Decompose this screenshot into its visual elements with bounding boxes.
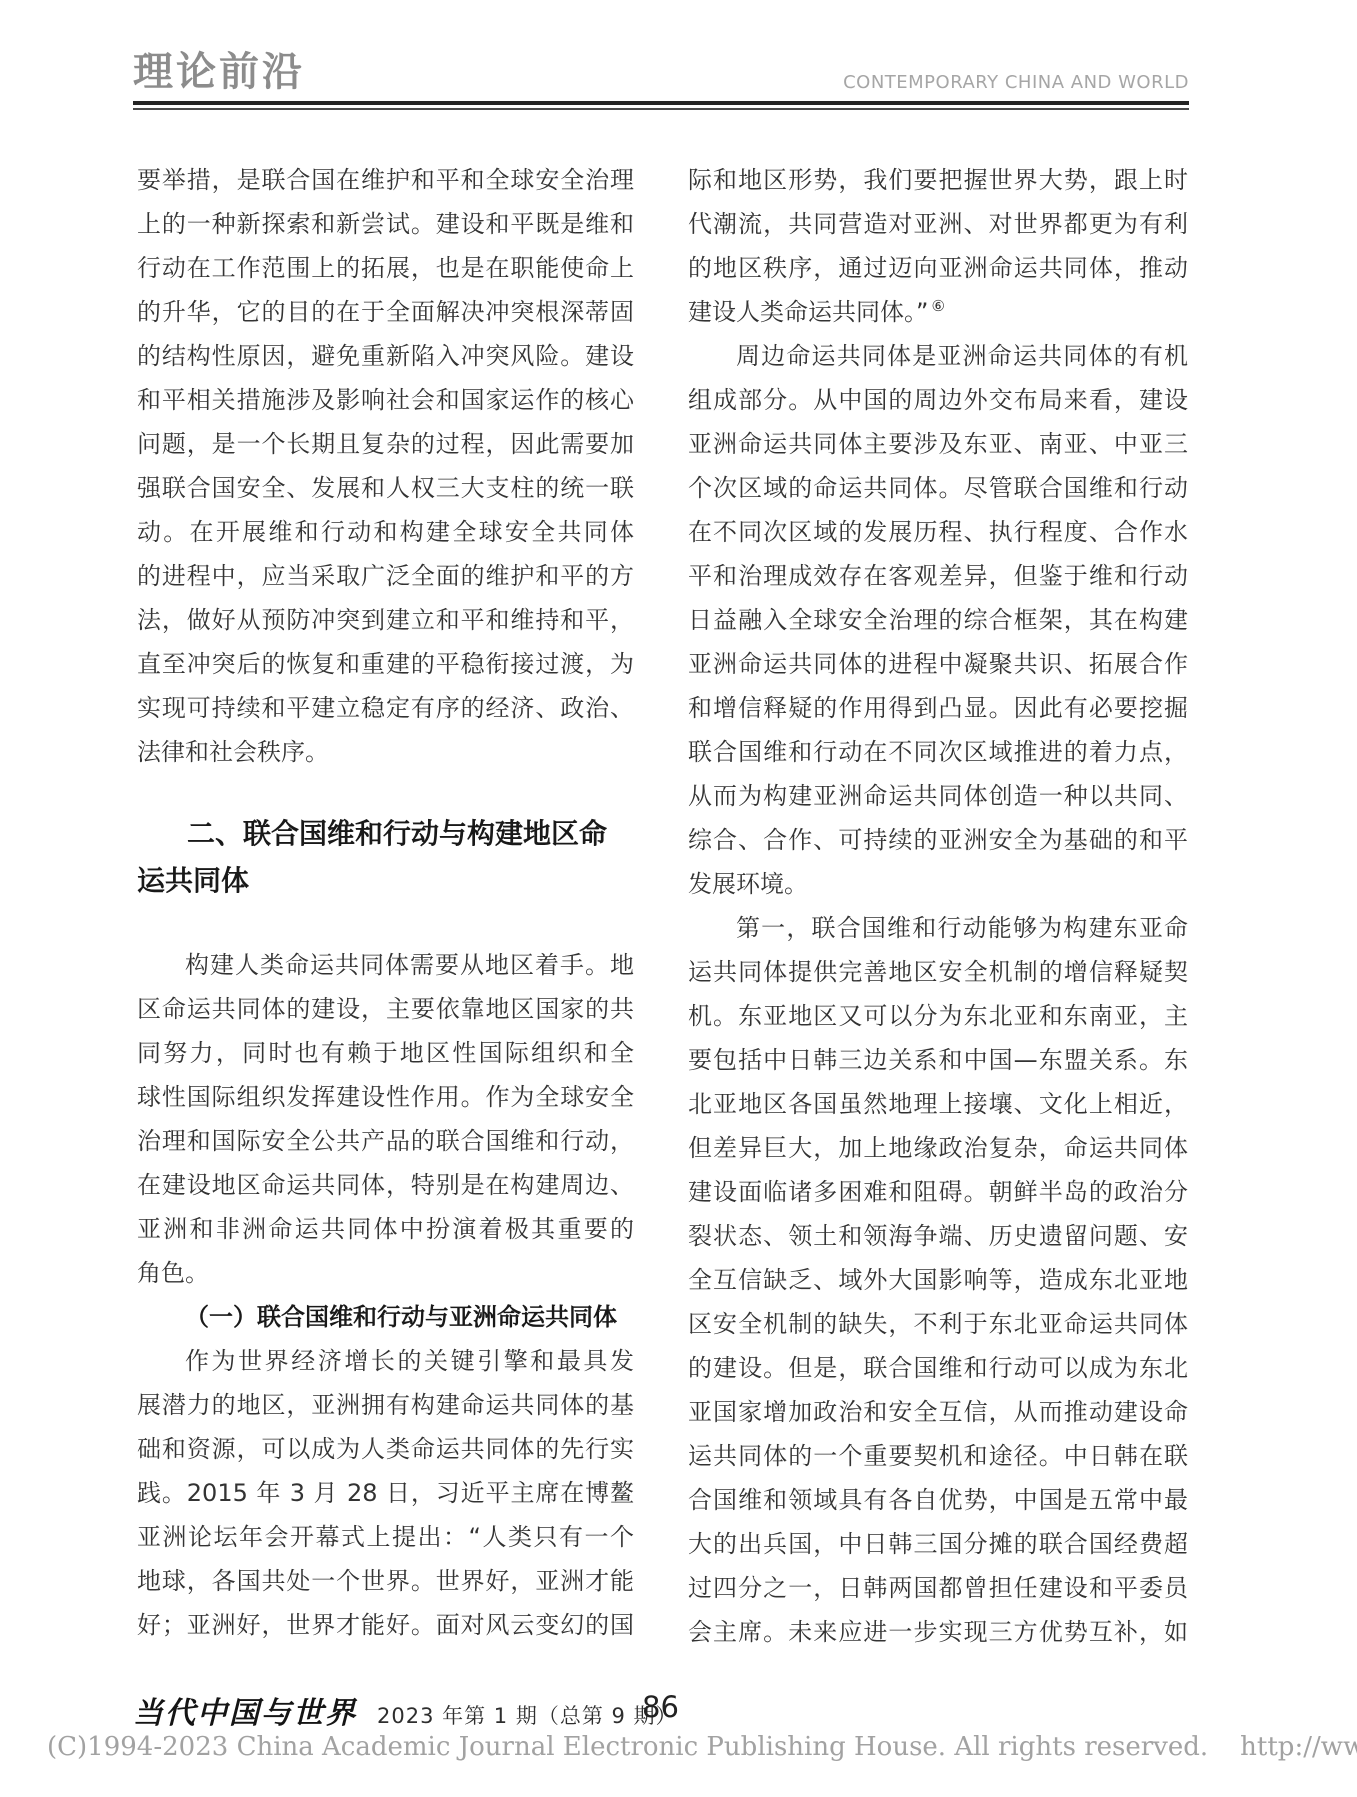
website-url: http://www.cnki.net: [1240, 1732, 1357, 1762]
text-line: 践。2015 年 3 月 28 日，习近平主席在博鳌: [137, 1471, 634, 1515]
copyright-notice: (C)1994-2023 China Academic Journal Elec…: [47, 1732, 1208, 1762]
text-line: 裂状态、领土和领海争端、历史遗留问题、安: [688, 1214, 1188, 1258]
text-line: 亚国家增加政治和安全互信，从而推动建设命: [688, 1390, 1188, 1434]
text-line: 动。在开展维和行动和构建全球安全共同体: [137, 510, 634, 554]
text-line: 问题，是一个长期且复杂的过程，因此需要加: [137, 422, 634, 466]
text-line: 合国维和领域具有各自优势，中国是五常中最: [688, 1478, 1188, 1522]
text-line: 构建人类命运共同体需要从地区着手。地: [137, 943, 634, 987]
footnote-ref: ⑥: [931, 297, 944, 315]
text-line: 联合国维和行动在不同次区域推进的着力点，: [688, 730, 1188, 774]
text-line: 运共同体提供完善地区安全机制的增信释疑契: [688, 950, 1188, 994]
text-line: 但差异巨大，加上地缘政治复杂，命运共同体: [688, 1126, 1188, 1170]
text-line: 建设面临诸多困难和阻碍。朝鲜半岛的政治分: [688, 1170, 1188, 1214]
text-line: 治理和国际安全公共产品的联合国维和行动，: [137, 1119, 634, 1163]
right-column: 际和地区形势，我们要把握世界大势，跟上时 代潮流，共同营造对亚洲、对世界都更为有…: [688, 158, 1188, 1654]
text-line: 的建设。但是，联合国维和行动可以成为东北: [688, 1346, 1188, 1390]
text-line: 大的出兵国，中日韩三国分摊的联合国经费超: [688, 1522, 1188, 1566]
text-line: 法，做好从预防冲突到建立和平和维持和平，: [137, 598, 634, 642]
text-line: 球性国际组织发挥建设性作用。作为全球安全: [137, 1075, 634, 1119]
text-line: 建设人类命运共同体。”⑥: [688, 290, 1188, 334]
text-line: 综合、合作、可持续的亚洲安全为基础的和平: [688, 818, 1188, 862]
text-line: 和增信释疑的作用得到凸显。因此有必要挖掘: [688, 686, 1188, 730]
copyright-line: (C)1994-2023 China Academic Journal Elec…: [47, 1732, 1357, 1762]
journal-page: 理论前沿 CONTEMPORARY CHINA AND WORLD 要举措，是联…: [0, 0, 1357, 1797]
text-line: 直至冲突后的恢复和重建的平稳衔接过渡，为: [137, 642, 634, 686]
page-number: 86: [0, 1690, 1321, 1724]
text-line: 亚洲和非洲命运共同体中扮演着极其重要的: [137, 1207, 634, 1251]
page-header: 理论前沿 CONTEMPORARY CHINA AND WORLD: [133, 52, 1189, 110]
text-line: 全互信缺乏、域外大国影响等，造成东北亚地: [688, 1258, 1188, 1302]
header-rule-thin: [133, 108, 1189, 110]
text-line: 的地区秩序，通过迈向亚洲命运共同体，推动: [688, 246, 1188, 290]
text-line: 运共同体的一个重要契机和途径。中日韩在联: [688, 1434, 1188, 1478]
text-line: 发展环境。: [688, 862, 1188, 906]
text-line: 过四分之一，日韩两国都曾担任建设和平委员: [688, 1566, 1188, 1610]
text-line: 法律和社会秩序。: [137, 730, 634, 774]
text-line: 实现可持续和平建立稳定有序的经济、政治、: [137, 686, 634, 730]
text-line: 作为世界经济增长的关键引擎和最具发: [137, 1339, 634, 1383]
text-line: 要包括中日韩三边关系和中国—东盟关系。东: [688, 1038, 1188, 1082]
text-line: 在建设地区命运共同体，特别是在构建周边、: [137, 1163, 634, 1207]
text-line: 的结构性原因，避免重新陷入冲突风险。建设: [137, 334, 634, 378]
journal-name-en: CONTEMPORARY CHINA AND WORLD: [843, 74, 1189, 92]
subsection-heading: （一）联合国维和行动与亚洲命运共同体: [137, 1295, 634, 1339]
section-heading-line: 运共同体: [137, 857, 634, 904]
text-line: 强联合国安全、发展和人权三大支柱的统一联: [137, 466, 634, 510]
header-rule-thick: [133, 101, 1189, 105]
text-line: 平和治理成效存在客观差异，但鉴于维和行动: [688, 554, 1188, 598]
text-line: 北亚地区各国虽然地理上接壤、文化上相近，: [688, 1082, 1188, 1126]
text-line: 会主席。未来应进一步实现三方优势互补，如: [688, 1610, 1188, 1654]
text-line: 好；亚洲好，世界才能好。面对风云变幻的国: [137, 1603, 634, 1647]
text-line: 行动在工作范围上的拓展，也是在职能使命上: [137, 246, 634, 290]
text-line: 角色。: [137, 1251, 634, 1295]
text-line: 展潜力的地区，亚洲拥有构建命运共同体的基: [137, 1383, 634, 1427]
text-line: 亚洲命运共同体主要涉及东亚、南亚、中亚三: [688, 422, 1188, 466]
text-line: 第一，联合国维和行动能够为构建东亚命: [688, 906, 1188, 950]
text-line: 个次区域的命运共同体。尽管联合国维和行动: [688, 466, 1188, 510]
text-line: 要举措，是联合国在维护和平和全球安全治理: [137, 158, 634, 202]
section-heading-line: 二、联合国维和行动与构建地区命: [137, 810, 634, 857]
text-line: 的升华，它的目的在于全面解决冲突根深蒂固: [137, 290, 634, 334]
text-line: 的进程中，应当采取广泛全面的维护和平的方: [137, 554, 634, 598]
text-line: 亚洲命运共同体的进程中凝聚共识、拓展合作: [688, 642, 1188, 686]
text-line: 和平相关措施涉及影响社会和国家运作的核心: [137, 378, 634, 422]
text-line: 周边命运共同体是亚洲命运共同体的有机: [688, 334, 1188, 378]
text-line: 亚洲论坛年会开幕式上提出：“人类只有一个: [137, 1515, 634, 1559]
text-line-fragment: 建设人类命运共同体。”: [688, 298, 928, 326]
text-line: 组成部分。从中国的周边外交布局来看，建设: [688, 378, 1188, 422]
text-line: 机。东亚地区又可以分为东北亚和东南亚，主: [688, 994, 1188, 1038]
section-label: 理论前沿: [133, 52, 305, 92]
article-columns: 要举措，是联合国在维护和平和全球安全治理 上的一种新探索和新尝试。建设和平既是维…: [137, 158, 1188, 1654]
text-line: 日益融入全球安全治理的综合框架，其在构建: [688, 598, 1188, 642]
text-line: 区命运共同体的建设，主要依靠地区国家的共: [137, 987, 634, 1031]
text-line: 代潮流，共同营造对亚洲、对世界都更为有利: [688, 202, 1188, 246]
text-line: 上的一种新探索和新尝试。建设和平既是维和: [137, 202, 634, 246]
text-line: 在不同次区域的发展历程、执行程度、合作水: [688, 510, 1188, 554]
text-line: 际和地区形势，我们要把握世界大势，跟上时: [688, 158, 1188, 202]
text-line: 地球，各国共处一个世界。世界好，亚洲才能: [137, 1559, 634, 1603]
text-line: 同努力，同时也有赖于地区性国际组织和全: [137, 1031, 634, 1075]
text-line: 从而为构建亚洲命运共同体创造一种以共同、: [688, 774, 1188, 818]
text-line: 础和资源，可以成为人类命运共同体的先行实: [137, 1427, 634, 1471]
section-heading: 二、联合国维和行动与构建地区命 运共同体: [137, 810, 634, 904]
text-line: 区安全机制的缺失，不利于东北亚命运共同体: [688, 1302, 1188, 1346]
left-column: 要举措，是联合国在维护和平和全球安全治理 上的一种新探索和新尝试。建设和平既是维…: [137, 158, 634, 1654]
